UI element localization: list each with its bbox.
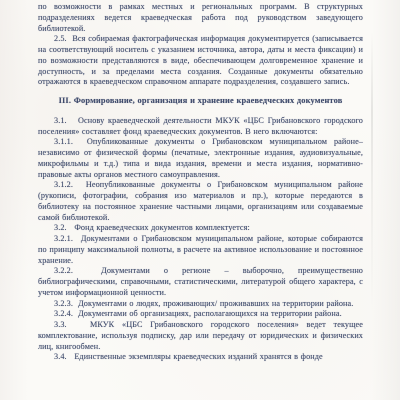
section-heading: III. Формирование, организация и хранени…	[38, 96, 363, 107]
paragraph-3-1-1: 3.1.1. Опубликованные документы о Грибан…	[38, 137, 363, 180]
paragraph-3-1-2: 3.1.2. Неопубликованные документы о Гриб…	[38, 180, 363, 223]
paragraph-continuation: по возможности в рамках местных и регион…	[38, 2, 363, 34]
paragraph-3-2-3: 3.2.3. Документами о людях, проживающих/…	[38, 299, 363, 310]
paragraph-3-4: 3.4. Единственные экземпляры краеведческ…	[38, 352, 363, 363]
paragraph-3-2-2: 3.2.2. Документами о регионе – выборочно…	[38, 266, 363, 298]
paragraph-3-1: 3.1. Основу краеведческой деятельности М…	[38, 116, 363, 138]
paragraph-3-2-4: 3.2.4. Документами об организациях, расп…	[38, 309, 363, 320]
paragraph-2-5: 2.5. Вся собираемая фактографическая инф…	[38, 34, 363, 88]
paragraph-3-2-1: 3.2.1. Документами о Грибановском муници…	[38, 234, 363, 266]
document-text-block: по возможности в рамках местных и регион…	[38, 2, 363, 363]
paragraph-3-3: 3.3. МКУК «ЦБС Грибановского городского …	[38, 320, 363, 352]
scanned-document-page: по возможности в рамках местных и регион…	[0, 0, 400, 400]
scan-artifact-streak	[371, 0, 373, 400]
paragraph-3-2: 3.2. Фонд краеведческих документов компл…	[38, 223, 363, 234]
